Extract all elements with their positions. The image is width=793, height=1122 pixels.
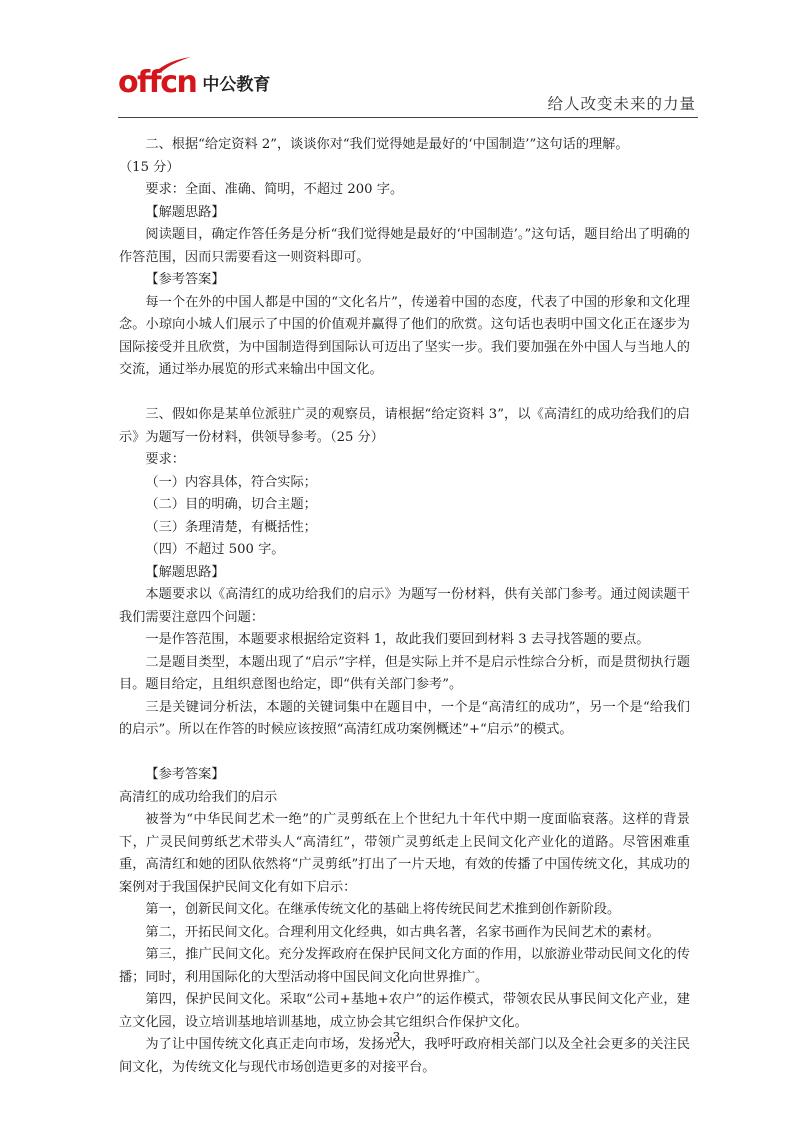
- offcn-logo: offcn 中公教育: [118, 68, 270, 98]
- answer-paragraph: 第二，开拓民间文化。合理利用文化经典，如古典名著，名家书画作为民间艺术的素材。: [119, 922, 690, 945]
- logo-text-cn: 中公教育: [202, 72, 270, 98]
- approach-text: 阅读题目，确定作答任务是分析“我们觉得她是最好的‘中国制造’。”这句话，题目给出…: [119, 224, 690, 269]
- approach-paragraph: 本题要求以《高清红的成功给我们的启示》为题写一份材料，供有关部门参考。通过阅读题…: [119, 584, 690, 629]
- approach-heading: 【解题思路】: [119, 562, 690, 585]
- answer-text: 每一个在外的中国人都是中国的“文化名片”，传递着中国的态度，代表了中国的形象和文…: [119, 292, 690, 382]
- logo-swoosh-icon: [152, 56, 192, 74]
- document-body: 二、根据“给定资料 2”，谈谈你对“我们觉得她是最好的‘中国制造’”这句话的理解…: [119, 134, 690, 1079]
- question-2-score: （15 分）: [119, 157, 690, 180]
- answer-paragraph: 第四，保护民间文化。采取“公司+基地+农户”的运作模式，带领农民从事民间文化产业…: [119, 989, 690, 1034]
- answer-paragraph: 第三，推广民间文化。充分发挥政府在保护民间文化方面的作用，以旅游业带动民间文化的…: [119, 944, 690, 989]
- question-2-line1: 二、根据“给定资料 2”，谈谈你对“我们觉得她是最好的‘中国制造’”这句话的理解…: [145, 137, 628, 152]
- approach-paragraph: 二是题目类型，本题出现了“启示”字样，但是实际上并不是启示性综合分析，而是贯彻执…: [119, 652, 690, 697]
- slogan: 给人改变未来的力量: [547, 92, 696, 114]
- page-header: offcn 中公教育 给人改变未来的力量: [118, 60, 698, 118]
- approach-paragraph: 三是关键词分析法，本题的关键词集中在题目中，一个是“高清红的成功”，另一个是“给…: [119, 697, 690, 742]
- question-3: 三、假如你是某单位派驻广灵的观察员，请根据“给定资料 3”，以《高清红的成功给我…: [119, 404, 690, 449]
- approach-paragraph: 一是作答范围，本题要求根据给定资料 1，故此我们要回到材料 3 去寻找答题的要点…: [119, 629, 690, 652]
- question-2-requirement: 要求：全面、准确、简明，不超过 200 字。: [119, 179, 690, 202]
- requirement-item: （二）目的明确，切合主题；: [119, 494, 690, 517]
- requirement-label: 要求：: [119, 449, 690, 472]
- answer-heading: 【参考答案】: [119, 269, 690, 292]
- answer-paragraph: 第一，创新民间文化。在继承传统文化的基础上将传统民间艺术推到创作新阶段。: [119, 899, 690, 922]
- answer-paragraph: 被誉为“中华民间艺术一绝”的广灵剪纸在上个世纪九十年代中期一度面临衰落。这样的背…: [119, 809, 690, 899]
- requirement-item: （一）内容具体，符合实际；: [119, 472, 690, 495]
- spacer: [119, 742, 690, 765]
- answer-heading: 【参考答案】: [119, 764, 690, 787]
- requirement-item: （三）条理清楚，有概括性；: [119, 517, 690, 540]
- requirement-item: （四）不超过 500 字。: [119, 539, 690, 562]
- question-2: 二、根据“给定资料 2”，谈谈你对“我们觉得她是最好的‘中国制造’”这句话的理解…: [119, 134, 690, 157]
- header-divider: [118, 117, 698, 118]
- approach-heading: 【解题思路】: [119, 202, 690, 225]
- answer-title: 高清红的成功给我们的启示: [119, 787, 690, 810]
- spacer: [119, 382, 690, 405]
- page-number: 3: [0, 1030, 793, 1044]
